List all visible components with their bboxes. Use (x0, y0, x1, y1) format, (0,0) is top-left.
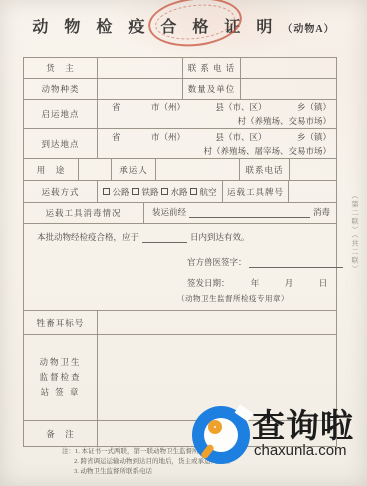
option-waterway: 水路 (161, 186, 187, 198)
row-validity-signature: 本批动物经检疫合格，应于 日内到达有效。 官方兽医签字： 签发日期： 年 月 日… (24, 224, 336, 311)
option-air-label: 航空 (199, 186, 216, 198)
origin-address-cell: 省 市（州） 县（市、区） 乡（镇） 村（养殖场、交易市场） (98, 100, 336, 128)
row-ear-tag: 牲畜耳标号 (24, 311, 336, 335)
station-stamp-label: 动物卫生 监督检查 站 签 章 (24, 335, 98, 420)
origin-county: 县（市、区） (215, 101, 266, 113)
carrier-phone-value-cell (290, 159, 336, 180)
usage-label: 用 途 (24, 159, 79, 180)
row-species: 动物种类 数量及单位 (24, 79, 336, 100)
option-air: 航空 (190, 186, 216, 198)
disinfection-label: 运载工具消毒情况 (24, 203, 144, 223)
ear-tag-value-cell (98, 311, 336, 334)
issue-date-line: 签发日期： 年 月 日 (187, 277, 343, 289)
row-origin: 启运地点 省 市（州） 县（市、区） 乡（镇） 村（养殖场、交易市场） (24, 100, 336, 129)
quantity-value-cell (241, 79, 336, 99)
certificate-page: 动 物 检 疫 合 格 证 明 （动物A） 货 主 联 系 电 话 动物种类 数… (0, 0, 367, 486)
carrier-phone-label: 联系电话 (240, 159, 290, 180)
station-label-line2: 监督检查 (39, 370, 81, 385)
origin-province: 省 (112, 101, 121, 113)
watermark-name: 查询啦 (252, 400, 354, 447)
official-red-seal (146, 0, 245, 51)
certificate-form-table: 货 主 联 系 电 话 动物种类 数量及单位 启运地点 省 市（州） 县（市、区… (23, 57, 337, 447)
vehicle-plate-label: 运载工具牌号 (223, 181, 289, 202)
disinfection-suffix: 消毒 (313, 206, 330, 218)
option-railway-label: 铁路 (141, 186, 158, 198)
transport-mode-label: 运载方式 (24, 181, 98, 202)
signature-block: 官方兽医签字： 签发日期： 年 月 日 （动物卫生监督所检疫专用章） (187, 256, 343, 304)
option-railway: 铁路 (132, 186, 158, 198)
validity-days-blank (142, 234, 187, 243)
carrier-value-cell (156, 159, 240, 180)
origin-city: 市（州） (151, 101, 185, 113)
row-transport: 运载方式 公路 铁路 水路 航空 运载工具牌号 (24, 181, 336, 203)
magnifier-icon (208, 420, 222, 434)
owner-phone-value-cell (241, 58, 336, 78)
checkbox-waterway[interactable] (161, 188, 168, 195)
species-value-cell (98, 79, 183, 99)
row-disinfection: 运载工具消毒情况 装运前经 消毒 (24, 203, 336, 224)
checkbox-air[interactable] (190, 188, 197, 195)
disinfection-prefix: 装运前经 (152, 206, 186, 218)
destination-admin-levels: 省 市（州） 县（市、区） 乡（镇） (112, 131, 331, 143)
seal-inner-ring (153, 1, 236, 43)
option-waterway-label: 水路 (170, 186, 187, 198)
owner-label: 货 主 (24, 58, 98, 78)
row-destination: 到达地点 省 市（州） 县（市、区） 乡（镇） 村（养殖场、屠宰场、交易市场） (24, 129, 336, 159)
origin-town: 乡（镇） (297, 101, 331, 113)
destination-label: 到达地点 (24, 129, 98, 158)
quantity-label: 数量及单位 (183, 79, 241, 99)
destination-town: 乡（镇） (297, 131, 331, 143)
destination-address-cell: 省 市（州） 县（市、区） 乡（镇） 村（养殖场、屠宰场、交易市场） (98, 129, 336, 158)
owner-value-cell (98, 58, 183, 78)
checkbox-highway[interactable] (103, 188, 110, 195)
magnifier-handle (200, 443, 215, 459)
validity-post: 日内到达有效。 (190, 231, 250, 243)
validity-pre: 本批动物经检疫合格，应于 (37, 231, 139, 243)
vet-signature-label: 官方兽医签字： (187, 256, 247, 268)
station-label-line1: 动物卫生 (39, 355, 81, 370)
remark-label: 备 注 (24, 421, 98, 446)
certificate-title-suffix: （动物A） (282, 24, 334, 35)
carrier-label: 承运人 (112, 159, 156, 180)
origin-admin-levels: 省 市（州） 县（市、区） 乡（镇） (112, 101, 331, 113)
destination-province: 省 (112, 131, 121, 143)
option-highway-label: 公路 (112, 186, 129, 198)
disinfection-blank-line (189, 208, 310, 218)
seal-usage-note: （动物卫生监督所检疫专用章） (177, 293, 343, 304)
row-usage: 用 途 承运人 联系电话 (24, 159, 336, 181)
disinfection-value-cell: 装运前经 消毒 (144, 203, 336, 223)
checkbox-railway[interactable] (132, 188, 139, 195)
validity-statement: 本批动物经检疫合格，应于 日内到达有效。 (37, 231, 347, 243)
chaxunla-watermark: 查询啦 chaxunla.com (190, 398, 360, 470)
destination-city: 市（州） (151, 131, 185, 143)
option-highway: 公路 (103, 186, 129, 198)
vet-signature-line: 官方兽医签字： (187, 256, 343, 268)
vet-signature-blank (249, 259, 343, 268)
station-label-line3: 站 签 章 (41, 385, 81, 400)
vehicle-plate-value-cell (289, 181, 336, 202)
watermark-domain: chaxunla.com (254, 442, 347, 459)
owner-phone-label: 联 系 电 话 (183, 58, 241, 78)
origin-label: 启运地点 (24, 100, 98, 128)
destination-county: 县（市、区） (215, 131, 266, 143)
species-label: 动物种类 (24, 79, 98, 99)
row-owner: 货 主 联 系 电 话 (24, 58, 336, 79)
origin-village: 村（养殖场、交易市场） (112, 115, 331, 127)
logo-blue-circle (192, 406, 250, 464)
logo-circle-gap (235, 404, 254, 421)
ear-tag-label: 牲畜耳标号 (24, 311, 98, 334)
destination-village: 村（养殖场、屠宰场、交易市场） (112, 145, 331, 157)
usage-value-cell (79, 159, 112, 180)
transport-options-cell: 公路 铁路 水路 航空 (98, 181, 223, 202)
validity-signature-cell: 本批动物经检疫合格，应于 日内到达有效。 官方兽医签字： 签发日期： 年 月 日… (24, 224, 353, 310)
copy-number-vertical-text: （第二联）（共二联） (350, 192, 360, 274)
